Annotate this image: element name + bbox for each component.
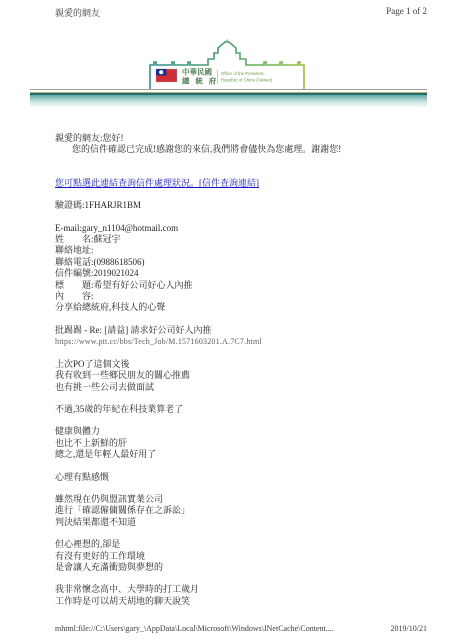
text-line: 判決結果都還不知道	[55, 517, 423, 528]
greeting-line: 親愛的網友:您好!	[55, 133, 423, 144]
verification-code: 驗證碼:1FHARJR1BM	[55, 200, 423, 211]
text-line: 分享給總統府,科技人的心聲	[55, 302, 423, 313]
text-line: 有沒有更好的工作環境	[55, 551, 423, 562]
text-line: 聯絡地址:	[55, 245, 423, 256]
paragraph: 上次PO了這個文後我有收到一些鄉民朋友的關心推薦也有挑一些公司去做面試	[55, 359, 423, 393]
print-footer: mhtml:file://C:\Users\gary_\AppData\Loca…	[0, 624, 453, 633]
footer-file-path: mhtml:file://C:\Users\gary_\AppData\Loca…	[55, 624, 334, 633]
text-line: 雖然現在仍與盟訊實業公司	[55, 494, 423, 505]
logo-en-line2: Republic of China (Taiwan)	[221, 78, 273, 83]
ptt-post-title: 批踢踢 - Re: [請益] 請求好公司好人內推	[55, 325, 423, 336]
text-line: 健康與體力	[55, 426, 423, 437]
paragraph: 但心裡想的,卻是有沒有更好的工作環境是會讓人充滿衝勁與夢想的	[55, 539, 423, 573]
mail-status-query-link[interactable]: 您可點選此連結查詢信件處理狀況。[信件查詢連結]	[55, 178, 259, 189]
paragraph: 心理有點感慨	[55, 472, 423, 483]
mail-paragraphs: 上次PO了這個文後我有收到一些鄉民朋友的關心推薦也有挑一些公司去做面試不過,35…	[55, 359, 423, 608]
text-line: 聯絡電話:(0988618506)	[55, 257, 423, 268]
text-line: 也比不上新鮮的肝	[55, 438, 423, 449]
email-body: 親愛的網友:您好! 您的信件確認已完成!感謝您的來信,我們將會儘快為您處理。謝謝…	[0, 108, 453, 607]
teal-divider-bar	[30, 89, 427, 108]
divider-teal-gradient	[30, 95, 427, 108]
presidential-building-icon: 中華民國 總 統 府 Office of the President, Repu…	[142, 39, 312, 89]
page-number: Page 1 of 2	[386, 6, 427, 19]
text-line: E-mail:gary_n1104@hotmail.com	[55, 223, 423, 234]
text-line: 工作時是可以胡天胡地的聊天說笑	[55, 596, 423, 607]
text-line: 心理有點感慨	[55, 472, 423, 483]
text-line: 總之,還是年輕人最好用了	[55, 449, 423, 460]
text-line: 內 容:	[55, 291, 423, 302]
mail-fields: E-mail:gary_n1104@hotmail.com姓 名:蘇冠宇聯絡地址…	[55, 223, 423, 314]
header-title: 親愛的網友	[55, 6, 100, 19]
text-line: 是會讓人充滿衝勁與夢想的	[55, 562, 423, 573]
confirmation-line: 您的信件確認已完成!感謝您的來信,我們將會儘快為您處理。謝謝您!	[55, 144, 423, 155]
paragraph: 雖然現在仍與盟訊實業公司進行「確認僱傭關係存在之訴訟」判決結果都還不知道	[55, 494, 423, 528]
paragraph: 不過,35歲的年紀在科技業算老了	[55, 404, 423, 415]
text-line: 我有收到一些鄉民朋友的關心推薦	[55, 370, 423, 381]
text-line: 我非常懷念高中、大學時的打工歲月	[55, 584, 423, 595]
text-line: 標 題:希望有好公司好心人內推	[55, 280, 423, 291]
text-line: 信件編號:2019021024	[55, 268, 423, 279]
text-line: 姓 名:蘇冠宇	[55, 234, 423, 245]
logo-cn-line1: 中華民國	[182, 67, 212, 77]
taiwan-flag-icon	[156, 69, 177, 82]
text-line: 不過,35歲的年紀在科技業算老了	[55, 404, 423, 415]
paragraph: 我非常懷念高中、大學時的打工歲月工作時是可以胡天胡地的聊天說笑	[55, 584, 423, 607]
presidential-office-logo: 中華民國 總 統 府 Office of the President, Repu…	[142, 39, 312, 89]
text-line: 也有挑一些公司去做面試	[55, 382, 423, 393]
text-line: 進行「確認僱傭關係存在之訴訟」	[55, 505, 423, 516]
print-header: 親愛的網友 Page 1 of 2	[0, 0, 453, 19]
text-line: 但心裡想的,卻是	[55, 539, 423, 550]
logo-cn-line2: 總 統 府	[181, 76, 218, 86]
print-preview-page: 親愛的網友 Page 1 of 2 中華民國 總 統 府 Office of	[0, 0, 453, 640]
footer-date: 2019/10/21	[391, 624, 427, 633]
paragraph: 健康與體力也比不上新鮮的肝總之,還是年輕人最好用了	[55, 426, 423, 460]
ptt-post-url: https://www.ptt.cc/bbs/Tech_Job/M.157160…	[55, 336, 423, 347]
logo-en-line1: Office of the President,	[221, 71, 265, 76]
text-line: 上次PO了這個文後	[55, 359, 423, 370]
